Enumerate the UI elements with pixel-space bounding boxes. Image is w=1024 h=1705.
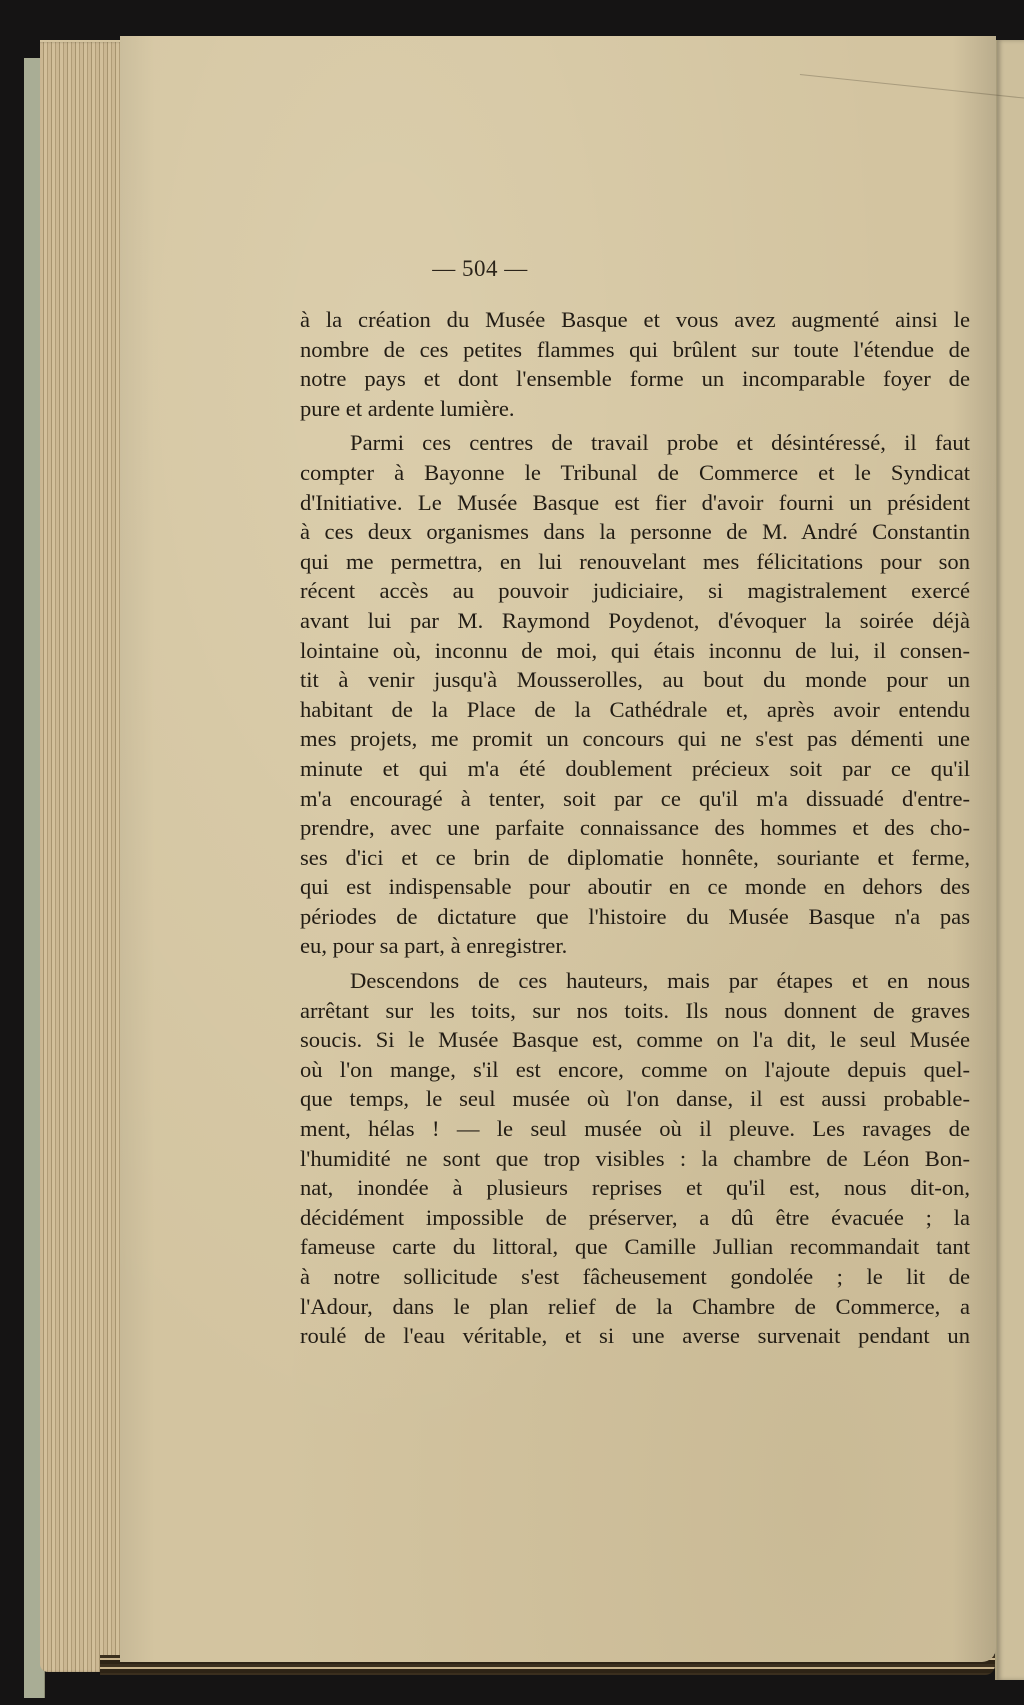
text-line: avant lui par M. Raymond Poydenot, d'évo… (300, 606, 970, 636)
text-line: nombre de ces petites flammes qui brûlen… (300, 335, 970, 365)
text-line: l'Adour, dans le plan relief de la Chamb… (300, 1292, 970, 1322)
text-line: m'a encouragé à tenter, soit par ce qu'i… (300, 784, 970, 814)
text-line: roulé de l'eau véritable, et si une aver… (300, 1321, 970, 1351)
text-line: arrêtant sur les toits, sur nos toits. I… (300, 996, 970, 1026)
text-line: Descendons de ces hauteurs, mais par éta… (300, 966, 970, 996)
text-line: notre pays et dont l'ensemble forme un i… (300, 364, 970, 394)
text-line: minute et qui m'a été doublement précieu… (300, 754, 970, 784)
text-line: que temps, le seul musée où l'on danse, … (300, 1084, 970, 1114)
text-line: compter à Bayonne le Tribunal de Commerc… (300, 458, 970, 488)
paragraph-1: à la création du Musée Basque et vous av… (300, 305, 970, 423)
text-line: eu, pour sa part, à enregistrer. (300, 931, 970, 961)
text-line: pure et ardente lumière. (300, 394, 970, 424)
text-line: tit à venir jusqu'à Mousserolles, au bou… (300, 665, 970, 695)
text-line: d'Initiative. Le Musée Basque est fier d… (300, 488, 970, 518)
text-line: où l'on mange, s'il est encore, comme on… (300, 1055, 970, 1085)
text-line: qui me permettra, en lui renouvelant mes… (300, 547, 970, 577)
paper-crease (793, 74, 1024, 178)
text-line: lointaine où, inconnu de moi, qui étais … (300, 636, 970, 666)
paragraph-2: Parmi ces centres de travail probe et dé… (300, 428, 970, 961)
next-page-edge (995, 40, 1024, 1680)
text-line: récent accès au pouvoir judiciaire, si m… (300, 576, 970, 606)
text-line: à la création du Musée Basque et vous av… (300, 305, 970, 335)
text-line: Parmi ces centres de travail probe et dé… (300, 428, 970, 458)
text-line: à notre sollicitude s'est fâcheusement g… (300, 1262, 970, 1292)
page-number: — 504 — (0, 256, 992, 282)
text-line: fameuse carte du littoral, que Camille J… (300, 1232, 970, 1262)
text-line: à ces deux organismes dans la personne d… (300, 517, 970, 547)
page-stack-edges (40, 40, 125, 1672)
text-line: mes projets, me promit un concours qui n… (300, 724, 970, 754)
text-line: prendre, avec une parfaite connaissance … (300, 813, 970, 843)
text-line: ses d'ici et ce brin de diplomatie honnê… (300, 843, 970, 873)
text-line: qui est indispensable pour aboutir en ce… (300, 872, 970, 902)
text-line: décidément impossible de préserver, a dû… (300, 1203, 970, 1233)
text-line: l'humidité ne sont que trop visibles : l… (300, 1144, 970, 1174)
text-line: nat, inondée à plusieurs reprises et qu'… (300, 1173, 970, 1203)
text-line: périodes de dictature que l'histoire du … (300, 902, 970, 932)
paragraph-3: Descendons de ces hauteurs, mais par éta… (300, 966, 970, 1351)
body-text: à la création du Musée Basque et vous av… (300, 305, 970, 1351)
text-line: ment, hélas ! — le seul musée où il pleu… (300, 1114, 970, 1144)
text-line: soucis. Si le Musée Basque est, comme on… (300, 1025, 970, 1055)
text-line: habitant de la Place de la Cathédrale et… (300, 695, 970, 725)
